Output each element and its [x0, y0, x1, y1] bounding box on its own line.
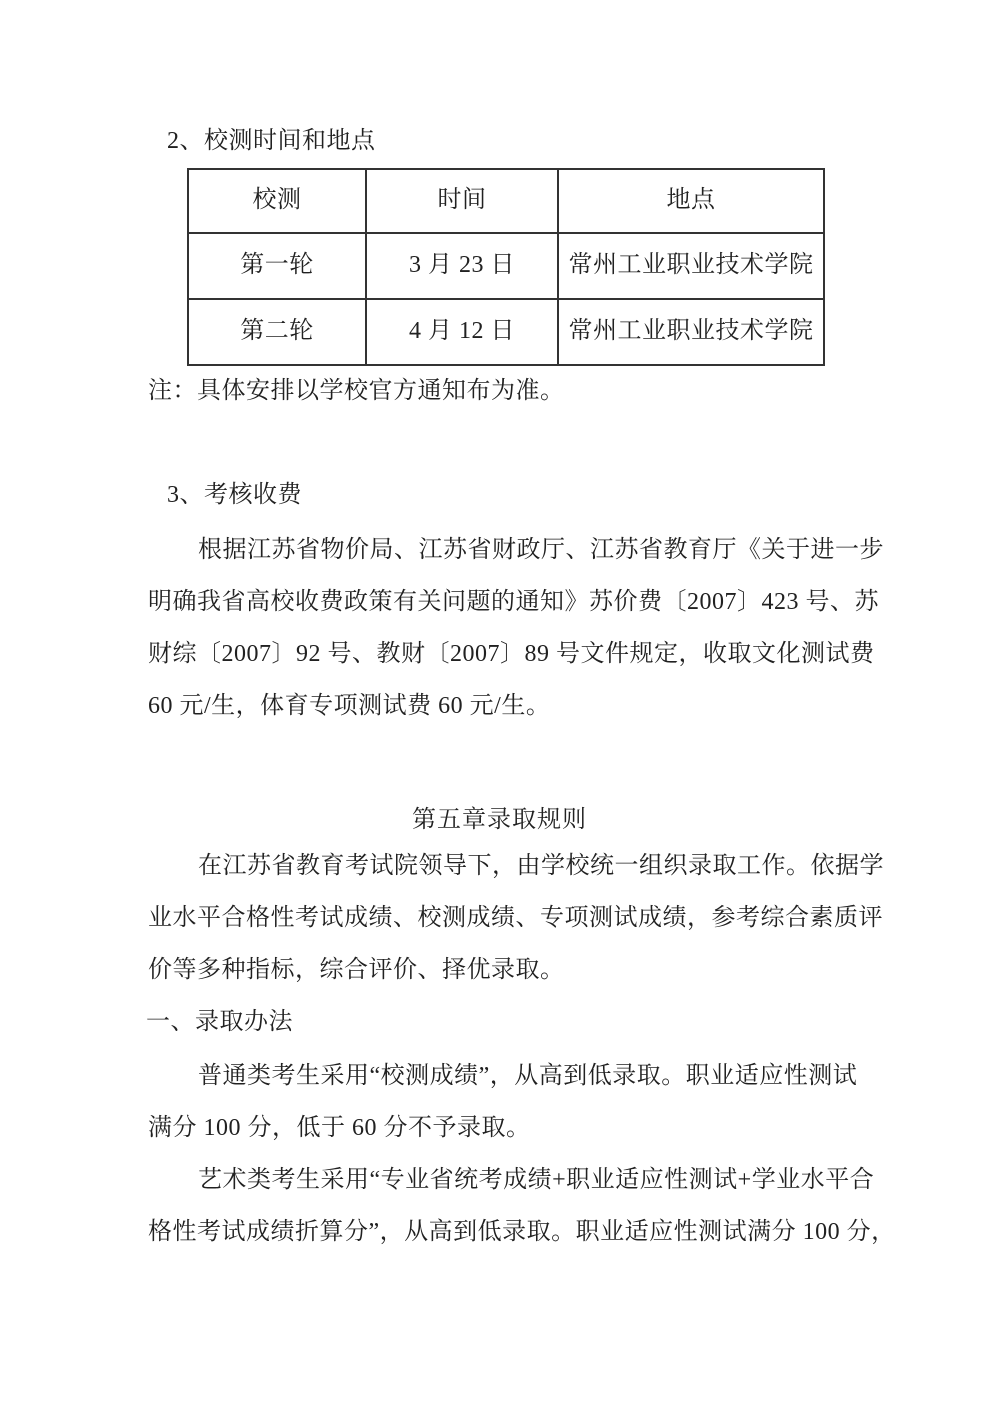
general-category-line: 满分 100 分，低于 60 分不予录取。: [148, 1115, 531, 1143]
table-header-row: 校测 时间 地点: [188, 169, 824, 233]
table-cell-date: 3 月 23 日: [366, 233, 558, 299]
table-note: 注：具体安排以学校官方通知布为准。: [148, 378, 565, 406]
table-cell-round: 第二轮: [188, 299, 366, 365]
section-3-heading: 3、考核收费: [167, 482, 302, 510]
table-header-time: 时间: [366, 169, 558, 233]
document-page: 2、校测时间和地点 校测 时间 地点 第一轮 3 月 23 日 常州工业职业技术…: [0, 0, 999, 1417]
fee-paragraph-line: 财综〔2007〕92 号、教财〔2007〕89 号文件规定，收取文化测试费: [148, 641, 875, 669]
table-row: 第一轮 3 月 23 日 常州工业职业技术学院: [188, 233, 824, 299]
chapter5-intro-line: 业水平合格性考试成绩、校测成绩、专项测试成绩，参考综合素质评: [148, 905, 883, 933]
table-cell-date: 4 月 12 日: [366, 299, 558, 365]
table-row: 第二轮 4 月 12 日 常州工业职业技术学院: [188, 299, 824, 365]
general-category-line: 普通类考生采用“校测成绩”，从高到低录取。职业适应性测试: [198, 1063, 857, 1091]
table-cell-round: 第一轮: [188, 233, 366, 299]
art-category-line: 艺术类考生采用“专业省统考成绩+职业适应性测试+学业水平合: [198, 1167, 874, 1195]
table-header-location: 地点: [558, 169, 824, 233]
fee-paragraph-line: 根据江苏省物价局、江苏省财政厅、江苏省教育厅《关于进一步: [198, 537, 884, 565]
test-schedule-table: 校测 时间 地点 第一轮 3 月 23 日 常州工业职业技术学院 第二轮 4 月…: [187, 168, 825, 366]
chapter-5-title: 第五章录取规则: [0, 799, 999, 834]
art-category-line: 格性考试成绩折算分”，从高到低录取。职业适应性测试满分 100 分，: [148, 1219, 896, 1247]
admission-method-heading: 一、录取办法: [146, 1009, 293, 1037]
chapter5-intro-line: 价等多种指标，综合评价、择优录取。: [148, 957, 565, 985]
fee-paragraph-line: 明确我省高校收费政策有关问题的通知》苏价费〔2007〕423 号、苏: [148, 589, 879, 617]
table-header-test: 校测: [188, 169, 366, 233]
chapter5-intro-line: 在江苏省教育考试院领导下，由学校统一组织录取工作。依据学: [198, 853, 884, 881]
section-2-heading: 2、校测时间和地点: [167, 128, 376, 156]
fee-paragraph-line: 60 元/生，体育专项测试费 60 元/生。: [148, 693, 550, 721]
table-cell-location: 常州工业职业技术学院: [558, 299, 824, 365]
table-cell-location: 常州工业职业技术学院: [558, 233, 824, 299]
